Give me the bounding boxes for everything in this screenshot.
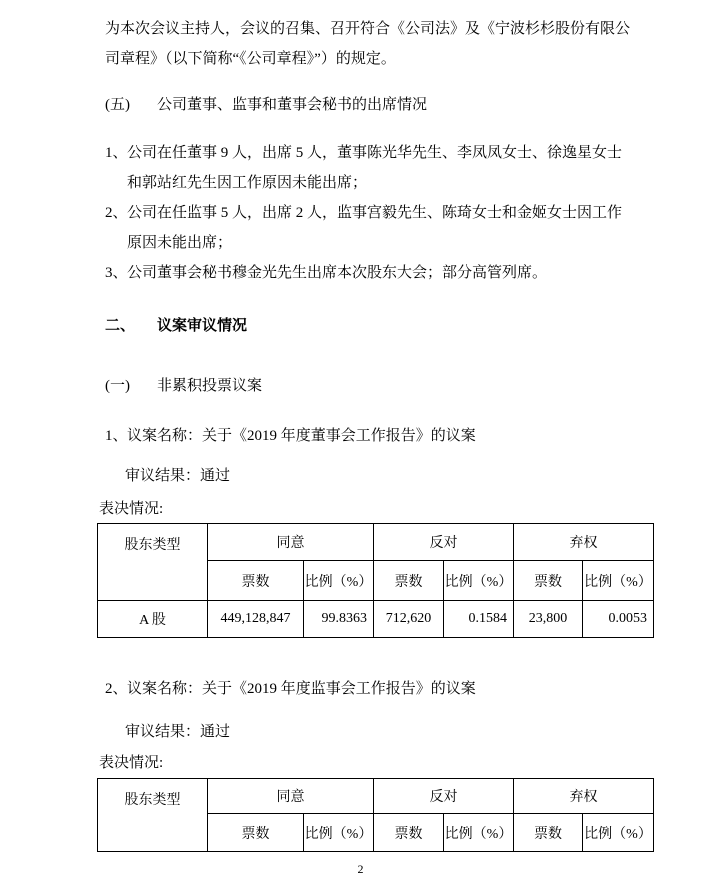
t2-header-shareholder-type: 股东类型 (98, 779, 208, 852)
proposal-2-title: 议案名称：关于《2019 年度监事会工作报告》的议案 (127, 681, 476, 697)
section-5-heading: (五)公司董事、监事和董事会秘书的出席情况 (105, 90, 721, 120)
list-item-1: 1、公司在任董事 9 人，出席 5 人，董事陈光华先生、李凤凤女士、徐逸星女士 (105, 138, 721, 168)
t2-header-abstain: 弃权 (514, 779, 654, 814)
list-item-2-text-2: 原因未能出席； (127, 235, 232, 251)
t1-cell-type: A 股 (98, 601, 208, 638)
list-item-1-number: 1、 (105, 138, 127, 168)
proposal-1-number: 1、 (105, 421, 127, 451)
document-content: 为本次会议主持人，会议的召集、召开符合《公司法》及《宁波杉杉股份有限公 司章程》… (0, 0, 721, 852)
section-2-number: 二、 (105, 311, 157, 341)
vote-table-2: 股东类型 同意 反对 弃权 票数 比例（%） 票数 比例（%） 票数 比例（%） (97, 778, 654, 852)
t2-header-against: 反对 (374, 779, 514, 814)
t1-header-agree: 同意 (208, 524, 374, 561)
t1-header-agree-ratio: 比例（%） (304, 561, 374, 601)
section-5-label: (五) (105, 90, 157, 120)
section-2-title: 议案审议情况 (157, 318, 247, 334)
proposal-2-vote-label: 表决情况: (99, 752, 721, 774)
subsection-1-heading: (一)非累积投票议案 (105, 371, 721, 401)
list-item-2-number: 2、 (105, 198, 127, 228)
intro-line-2: 司章程》（以下简称“《公司章程》”）的规定。 (105, 44, 721, 74)
subsection-1-title: 非累积投票议案 (157, 378, 262, 394)
t1-cell-abstain-votes: 23,800 (514, 601, 583, 638)
t1-header-abstain-votes: 票数 (514, 561, 583, 601)
t1-cell-agree-ratio: 99.8363 (304, 601, 374, 638)
intro-line-1: 为本次会议主持人，会议的召集、召开符合《公司法》及《宁波杉杉股份有限公 (105, 14, 721, 44)
list-item-1-text-2: 和郭站红先生因工作原因未能出席； (127, 175, 367, 191)
list-item-1-continuation: 和郭站红先生因工作原因未能出席； (105, 168, 721, 198)
list-item-3-number: 3、 (105, 258, 127, 288)
t2-header-against-ratio: 比例（%） (444, 814, 514, 852)
t2-header-agree-ratio: 比例（%） (304, 814, 374, 852)
t1-header-agree-votes: 票数 (208, 561, 304, 601)
t1-cell-against-ratio: 0.1584 (444, 601, 514, 638)
t2-header-abstain-votes: 票数 (514, 814, 583, 852)
attendance-list: 1、公司在任董事 9 人，出席 5 人，董事陈光华先生、李凤凤女士、徐逸星女士 … (105, 138, 721, 288)
proposal-1-title-line: 1、议案名称：关于《2019 年度董事会工作报告》的议案 (105, 421, 721, 451)
list-item-2-text: 公司在任监事 5 人，出席 2 人，监事宫毅先生、陈琦女士和金姬女士因工作 (127, 205, 622, 221)
t2-header-against-votes: 票数 (374, 814, 444, 852)
subsection-1-label: (一) (105, 371, 157, 401)
t1-data-row: A 股 449,128,847 99.8363 712,620 0.1584 2… (98, 601, 654, 638)
document-page: 为本次会议主持人，会议的召集、召开符合《公司法》及《宁波杉杉股份有限公 司章程》… (0, 0, 721, 889)
page-number: 2 (0, 862, 721, 876)
proposal-2-title-line: 2、议案名称：关于《2019 年度监事会工作报告》的议案 (105, 674, 721, 704)
t2-header-agree: 同意 (208, 779, 374, 814)
t1-cell-abstain-ratio: 0.0053 (583, 601, 654, 638)
t1-header-abstain: 弃权 (514, 524, 654, 561)
t1-cell-agree-votes: 449,128,847 (208, 601, 304, 638)
intro-paragraph: 为本次会议主持人，会议的召集、召开符合《公司法》及《宁波杉杉股份有限公 司章程》… (97, 14, 721, 74)
list-item-3-text: 公司董事会秘书穆金光先生出席本次股东大会；部分高管列席。 (127, 265, 547, 281)
proposal-1-result: 审议结果：通过 (125, 461, 721, 491)
t1-cell-against-votes: 712,620 (374, 601, 444, 638)
list-item-3: 3、公司董事会秘书穆金光先生出席本次股东大会；部分高管列席。 (105, 258, 721, 288)
list-item-1-text: 公司在任董事 9 人，出席 5 人，董事陈光华先生、李凤凤女士、徐逸星女士 (127, 145, 622, 161)
t2-header-abstain-ratio: 比例（%） (583, 814, 654, 852)
proposal-2-number: 2、 (105, 674, 127, 704)
proposal-1-title: 议案名称：关于《2019 年度董事会工作报告》的议案 (127, 428, 476, 444)
section-2-heading: 二、议案审议情况 (105, 311, 721, 341)
t1-header-against-ratio: 比例（%） (444, 561, 514, 601)
proposal-1-vote-label: 表决情况: (99, 498, 721, 520)
t2-header-agree-votes: 票数 (208, 814, 304, 852)
section-5-title: 公司董事、监事和董事会秘书的出席情况 (157, 97, 427, 113)
t1-header-abstain-ratio: 比例（%） (583, 561, 654, 601)
vote-table-1: 股东类型 同意 反对 弃权 票数 比例（%） 票数 比例（%） 票数 比例（%）… (97, 523, 654, 638)
proposal-2-result: 审议结果：通过 (125, 717, 721, 747)
list-item-2: 2、公司在任监事 5 人，出席 2 人，监事宫毅先生、陈琦女士和金姬女士因工作 (105, 198, 721, 228)
t1-header-shareholder-type: 股东类型 (98, 524, 208, 601)
t1-header-against-votes: 票数 (374, 561, 444, 601)
list-item-2-continuation: 原因未能出席； (105, 228, 721, 258)
t1-header-against: 反对 (374, 524, 514, 561)
